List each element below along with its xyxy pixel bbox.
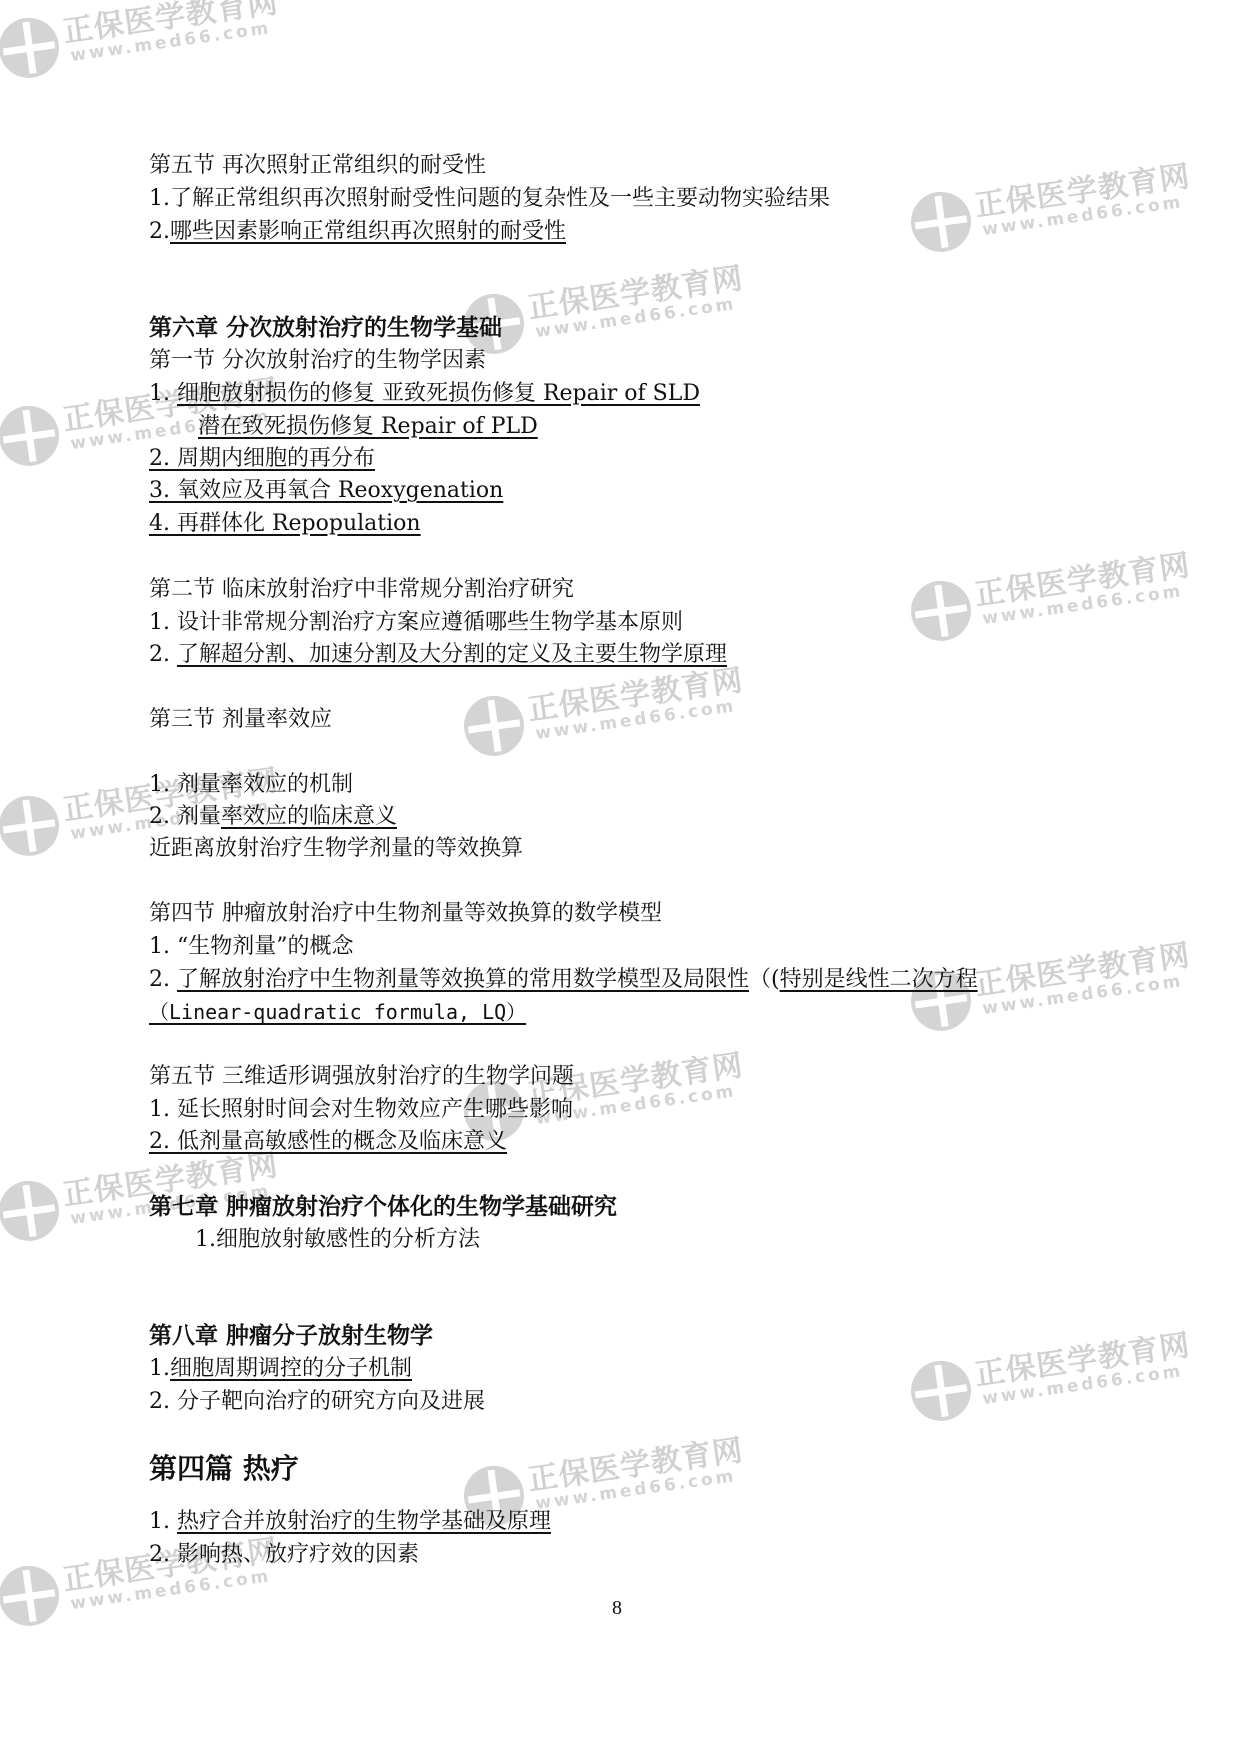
list-item: 潜在致死损伤修复 Repair of PLD [198, 413, 538, 441]
chapter-heading: 第七章 肿瘤放射治疗个体化的生物学基础研究 [149, 1193, 617, 1221]
list-item: 3. 氧效应及再氧合 Reoxygenation [149, 477, 503, 505]
section-heading: 第五节 三维适形调强放射治疗的生物学问题 [149, 1063, 574, 1091]
item-paren: （( [749, 967, 780, 992]
list-item: 4. 再群体化 Repopulation [149, 510, 421, 538]
item-number: 1. [149, 1509, 177, 1534]
list-item: 1. 设计非常规分割治疗方案应遵循哪些生物学基本原则 [149, 609, 683, 637]
item-text: 了解超分割、加速分割及大分割的定义及主要生物学原理 [177, 642, 727, 667]
item-number: 1. [149, 1356, 170, 1381]
list-item: 近距离放射治疗生物学剂量的等效换算 [149, 835, 523, 863]
chapter-heading: 第八章 肿瘤分子放射生物学 [149, 1322, 433, 1350]
section-heading: 第五节 再次照射正常组织的耐受性 [149, 152, 486, 180]
item-text: 潜在致死损伤修复 Repair of PLD [198, 414, 538, 439]
item-text: 3. 氧效应及再氧合 Reoxygenation [149, 478, 503, 503]
section-heading: 第二节 临床放射治疗中非常规分割治疗研究 [149, 576, 574, 604]
list-item: 2. 周期内细胞的再分布 [149, 445, 375, 473]
chapter-heading: 第六章 分次放射治疗的生物学基础 [149, 314, 502, 342]
item-text: 率效应的临床意义 [221, 804, 397, 829]
list-item: 1. 延长照射时间会对生物效应产生哪些影响 [149, 1096, 573, 1124]
item-text: 细胞放射损伤的修复 亚致死损伤修复 Repair of SLD [177, 381, 700, 406]
part-heading: 第四篇 热疗 [149, 1455, 299, 1483]
item-number: 2. [149, 967, 177, 992]
item-text: （Linear-quadratic formula, LQ） [149, 1000, 526, 1024]
list-item: 2.哪些因素影响正常组织再次照射的耐受性 [149, 218, 566, 246]
list-item: 2. 了解放射治疗中生物剂量等效换算的常用数学模型及局限性（(特别是线性二次方程 [149, 966, 978, 994]
list-item: 1. “生物剂量”的概念 [149, 933, 353, 961]
list-item: 2. 分子靶向治疗的研究方向及进展 [149, 1388, 485, 1416]
list-item: 1. 细胞放射损伤的修复 亚致死损伤修复 Repair of SLD [149, 380, 700, 408]
item-text: 4. 再群体化 Repopulation [149, 511, 421, 536]
list-item: 2. 影响热、放疗疗效的因素 [149, 1541, 419, 1569]
list-item: 2. 了解超分割、加速分割及大分割的定义及主要生物学原理 [149, 641, 727, 669]
item-number: 2. [149, 219, 170, 244]
list-item: 2. 低剂量高敏感性的概念及临床意义 [149, 1128, 507, 1156]
document-page: 第五节 再次照射正常组织的耐受性 1.了解正常组织再次照射耐受性问题的复杂性及一… [0, 0, 1241, 1755]
list-item: （Linear-quadratic formula, LQ） [149, 998, 526, 1026]
section-heading: 第一节 分次放射治疗的生物学因素 [149, 347, 486, 375]
item-text: 2. 周期内细胞的再分布 [149, 446, 375, 471]
page-number: 8 [612, 1597, 622, 1620]
item-number: 1. [149, 381, 177, 406]
item-number: 2. [149, 642, 177, 667]
list-item: 1.了解正常组织再次照射耐受性问题的复杂性及一些主要动物实验结果 [149, 185, 830, 213]
item-number: 2. 剂量 [149, 804, 221, 829]
item-text: 了解放射治疗中生物剂量等效换算的常用数学模型及局限性 [177, 967, 749, 992]
item-text: 热疗合并放射治疗的生物学基础及原理 [177, 1509, 551, 1534]
list-item: 2. 剂量率效应的临床意义 [149, 803, 397, 831]
list-item: 1.细胞周期调控的分子机制 [149, 1355, 412, 1383]
list-item: 1.细胞放射敏感性的分析方法 [195, 1226, 480, 1254]
section-heading: 第四节 肿瘤放射治疗中生物剂量等效换算的数学模型 [149, 900, 662, 928]
section-heading: 第三节 剂量率效应 [149, 706, 332, 734]
item-text: 细胞周期调控的分子机制 [170, 1356, 412, 1381]
list-item: 1. 剂量率效应的机制 [149, 771, 353, 799]
item-text: 2. 低剂量高敏感性的概念及临床意义 [149, 1129, 507, 1154]
item-text: 哪些因素影响正常组织再次照射的耐受性 [170, 219, 566, 244]
list-item: 1. 热疗合并放射治疗的生物学基础及原理 [149, 1508, 551, 1536]
item-text-continued: 特别是线性二次方程 [780, 967, 978, 992]
